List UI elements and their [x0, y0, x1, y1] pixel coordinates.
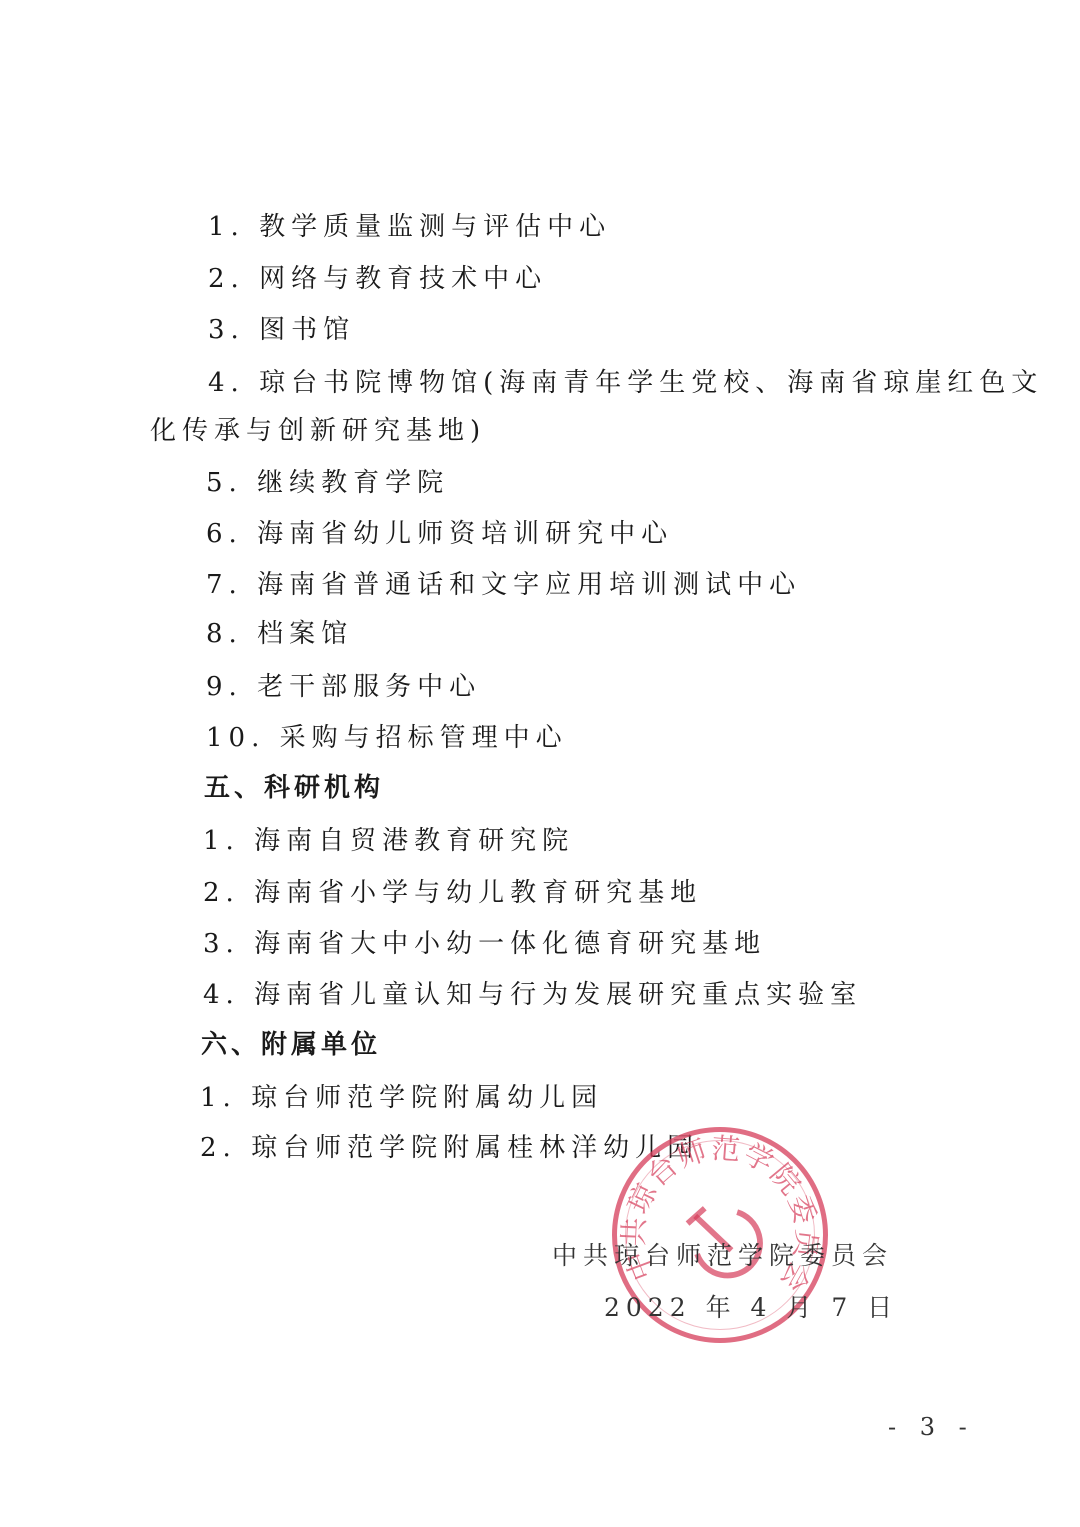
list-item: 3. 图书馆 — [208, 315, 355, 345]
list-item: 5. 继续教育学院 — [206, 468, 449, 498]
list-item: 2. 海南省小学与幼儿教育研究基地 — [203, 878, 702, 908]
list-item: 4. 琼台书院博物馆(海南青年学生党校、海南省琼崖红色文 — [208, 368, 1043, 398]
list-item: 8. 档案馆 — [206, 619, 353, 649]
list-item: 7. 海南省普通话和文字应用培训测试中心 — [206, 570, 801, 600]
document-date: 2022 年 4 月 7 日 — [604, 1288, 898, 1324]
list-item: 10. 采购与招标管理中心 — [206, 723, 568, 753]
section-heading-research: 五、科研机构 — [204, 773, 384, 803]
page-number: - 3 - — [888, 1413, 975, 1441]
section-heading-affiliated: 六、附属单位 — [201, 1030, 381, 1060]
list-item: 2. 网络与教育技术中心 — [208, 264, 547, 294]
list-item-continuation: 化传承与创新研究基地) — [150, 416, 486, 446]
list-item: 1. 海南自贸港教育研究院 — [203, 826, 574, 856]
signing-organization: 中共琼台师范学院委员会 — [552, 1236, 893, 1272]
list-item: 3. 海南省大中小幼一体化德育研究基地 — [203, 929, 766, 959]
list-item: 1. 教学质量监测与评估中心 — [208, 212, 611, 242]
list-item: 1. 琼台师范学院附属幼儿园 — [200, 1083, 603, 1113]
list-item: 6. 海南省幼儿师资培训研究中心 — [206, 519, 673, 549]
list-item: 4. 海南省儿童认知与行为发展研究重点实验室 — [203, 980, 862, 1010]
list-item: 9. 老干部服务中心 — [206, 672, 481, 702]
